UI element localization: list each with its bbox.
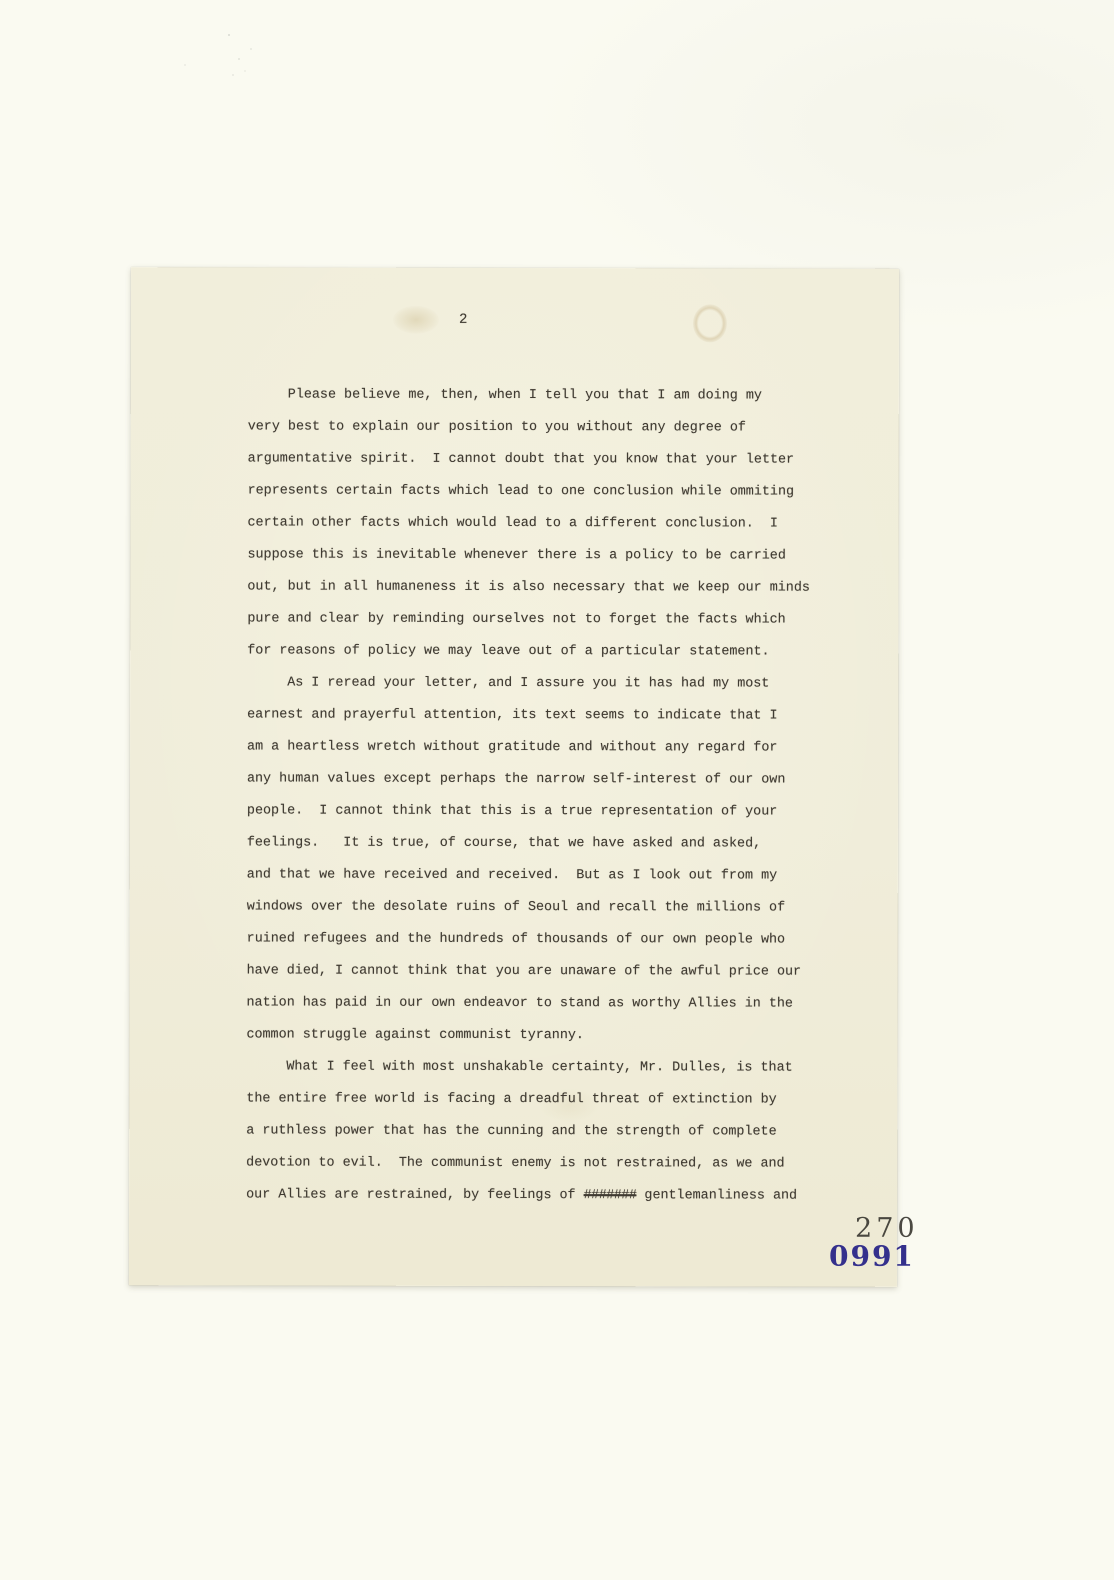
- text-line: am a heartless wretch without gratitude …: [247, 737, 827, 770]
- text-line: and that we have received and received. …: [247, 865, 827, 898]
- text-line: for reasons of policy we may leave out o…: [247, 641, 827, 674]
- text-line: a ruthless power that has the cunning an…: [246, 1121, 826, 1154]
- text-line: As I reread your letter, and I assure yo…: [247, 673, 827, 706]
- text-line: windows over the desolate ruins of Seoul…: [247, 897, 827, 930]
- page-number: 2: [459, 312, 467, 328]
- stamp-number-black: 270: [855, 1215, 919, 1242]
- stamp-number-blue: 0991: [829, 1243, 919, 1271]
- text-line: represents certain facts which lead to o…: [248, 481, 828, 514]
- archival-stamp: 270 0991: [829, 1215, 919, 1271]
- paper-stain-ring: [693, 304, 727, 342]
- text-line: certain other facts which would lead to …: [247, 513, 827, 546]
- text-line: suppose this is inevitable whenever ther…: [247, 545, 827, 578]
- text-line: Please believe me, then, when I tell you…: [248, 385, 828, 418]
- text-line: devotion to evil. The communist enemy is…: [246, 1153, 826, 1186]
- text-line: out, but in all humaneness it is also ne…: [247, 577, 827, 610]
- text-line: earnest and prayerful attention, its tex…: [247, 705, 827, 738]
- scanned-letter-page: 2 Please believe me, then, when I tell y…: [0, 0, 1114, 1580]
- text-line: common struggle against communist tyrann…: [246, 1025, 826, 1058]
- text-line: What I feel with most unshakable certain…: [246, 1057, 826, 1090]
- text-line: argumentative spirit. I cannot doubt tha…: [248, 449, 828, 482]
- text-line: any human values except perhaps the narr…: [247, 769, 827, 802]
- text-line: people. I cannot think that this is a tr…: [247, 801, 827, 834]
- scan-speckle: [228, 34, 230, 36]
- text-line: nation has paid in our own endeavor to s…: [246, 993, 826, 1026]
- text-line: feelings. It is true, of course, that we…: [247, 833, 827, 866]
- letter-paper: 2 Please believe me, then, when I tell y…: [129, 267, 899, 1287]
- text-line: very best to explain our position to you…: [248, 417, 828, 450]
- text-line: have died, I cannot think that you are u…: [247, 961, 827, 994]
- struck-out-word: #######: [584, 1188, 637, 1203]
- text-block: Please believe me, then, when I tell you…: [246, 385, 828, 1218]
- paper-stain: [393, 306, 439, 334]
- text-line: ruined refugees and the hundreds of thou…: [247, 929, 827, 962]
- text-line: our Allies are restrained, by feelings o…: [246, 1185, 826, 1218]
- text-line: pure and clear by reminding ourselves no…: [247, 609, 827, 642]
- text-segment: our Allies are restrained, by feelings o…: [246, 1187, 584, 1203]
- text-segment: gentlemanliness and: [636, 1188, 797, 1203]
- text-line: the entire free world is facing a dreadf…: [246, 1089, 826, 1122]
